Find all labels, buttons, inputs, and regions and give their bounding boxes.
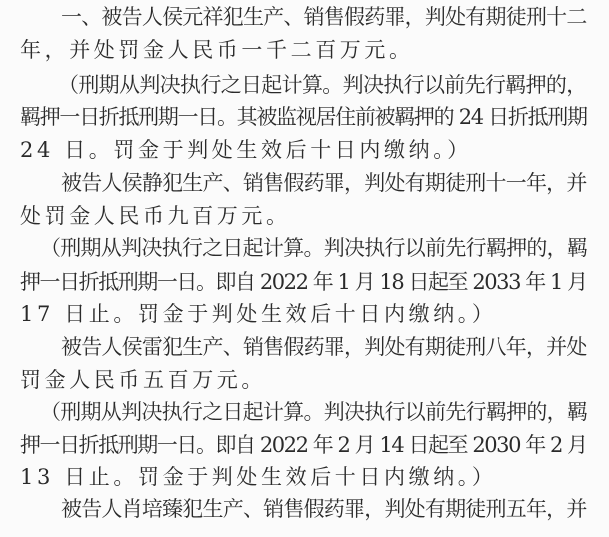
paragraph-line-2: 年，并处罚金人民币一千二百万元。 xyxy=(20,35,414,65)
judgment-document: 一、被告人侯元祥犯生产、销售假药罪，判处有期徒刑十二 年，并处罚金人民币一千二百… xyxy=(0,0,609,537)
paragraph-line-1: 一、被告人侯元祥犯生产、销售假药罪，判处有期徒刑十二 xyxy=(61,2,587,32)
paragraph-line-5: 24 日。罚金于判处生效后十日内缴纳。） xyxy=(20,135,472,165)
paragraph-line-6: 被告人侯静犯生产、销售假药罪，判处有期徒刑十一年，并 xyxy=(61,168,587,198)
paragraph-line-15: 13 日止。罚金于判处生效后十日内缴纳。） xyxy=(20,462,497,492)
paragraph-line-3: （刑期从判决执行之日起计算。判决执行以前先行羁押的， xyxy=(58,70,587,100)
paragraph-line-13: （刑期从判决执行之日起计算。判决执行以前先行羁押的，羁 xyxy=(40,397,587,427)
paragraph-line-12: 罚金人民币五百万元。 xyxy=(20,365,266,395)
paragraph-line-11: 被告人侯雷犯生产、销售假药罪，判处有期徒刑八年，并处 xyxy=(61,332,587,362)
paragraph-line-7: 处罚金人民币九百万元。 xyxy=(20,201,291,231)
paragraph-line-10: 17 日止。罚金于判处生效后十日内缴纳。） xyxy=(20,299,497,329)
paragraph-line-14: 押一日折抵刑期一日。即自 2022 年 2 月 14 日起至 2030 年 2 … xyxy=(20,430,587,460)
paragraph-line-9: 押一日折抵刑期一日。即自 2022 年 1 月 18 日起至 2033 年 1 … xyxy=(20,267,587,297)
paragraph-line-4: 羁押一日折抵刑期一日。其被监视居住前被羁押的 24 日折抵刑期 xyxy=(20,102,587,132)
paragraph-line-8: （刑期从判决执行之日起计算。判决执行以前先行羁押的，羁 xyxy=(40,233,587,263)
paragraph-line-16: 被告人肖培臻犯生产、销售假药罪，判处有期徒刑五年，并 xyxy=(61,494,587,524)
